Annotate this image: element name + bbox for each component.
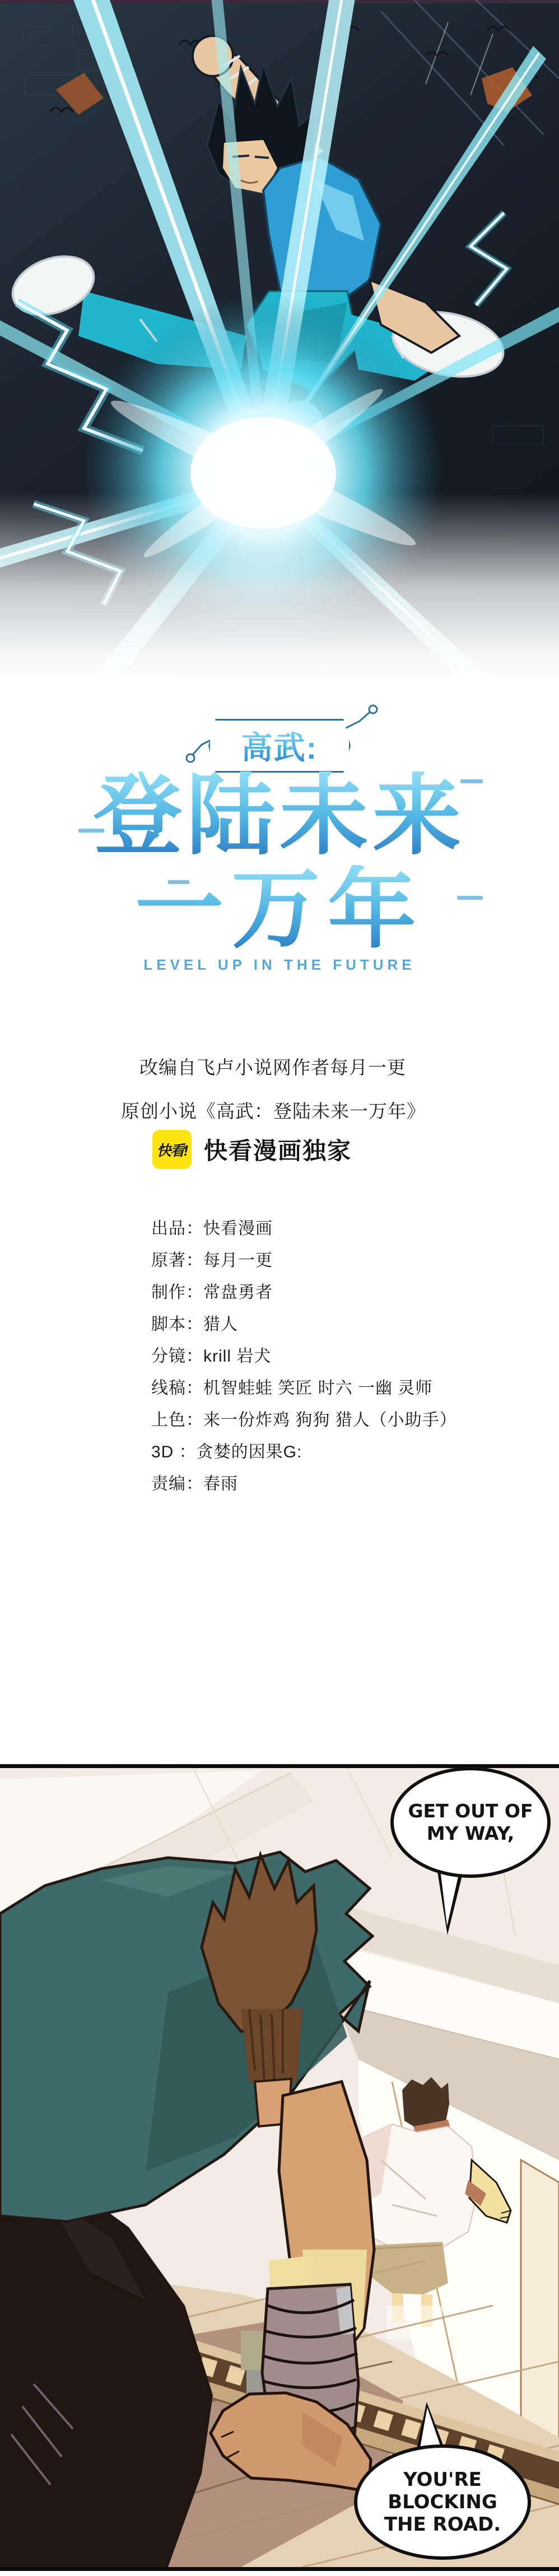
- credit-line: 脚本：猎人: [151, 1308, 457, 1340]
- credit-line: 上色：来一份炸鸡 狗狗 猎人（小助手）: [151, 1404, 457, 1436]
- bubble-text-line: BLOCKING: [388, 2491, 497, 2513]
- logo-dash-decoration: [457, 896, 483, 900]
- credit-line: 出品：快看漫画: [151, 1213, 457, 1245]
- exclusive-label: 快看漫画独家: [204, 1133, 352, 1166]
- logo-badge-text: 高武:: [241, 723, 318, 768]
- logo-title-line2: 一万年: [0, 865, 559, 953]
- credit-line: 原著：每月一更: [151, 1245, 457, 1277]
- logo-badge: 高武:: [208, 719, 351, 773]
- publisher-row: 快看! 快看漫画独家: [152, 1130, 352, 1169]
- bubble-text-line: GET OUT OF: [408, 1800, 533, 1822]
- credit-line: 3D ：贪婪的因果G:: [151, 1436, 457, 1468]
- bubble-text-line: YOU'RE: [403, 2469, 482, 2491]
- comic-page: 高武: 登陆未来 一万年 LEVEL UP IN THE FUTURE 改编自飞…: [0, 0, 559, 2576]
- credits-list: 出品：快看漫画 原著：每月一更 制作：常盘勇者 脚本：猎人 分镜：krill 岩…: [151, 1213, 457, 1500]
- bubble-text-line: THE ROAD.: [384, 2513, 501, 2536]
- credit-line: 制作：常盘勇者: [151, 1277, 457, 1308]
- credit-line: 分镜：krill 岩犬: [151, 1340, 457, 1372]
- speech-bubble-blocking-road: YOU'RE BLOCKING THE ROAD.: [354, 2444, 531, 2560]
- bubble-text-line: MY WAY,: [427, 1822, 515, 1845]
- logo-subtitle: LEVEL UP IN THE FUTURE: [0, 956, 559, 974]
- speech-bubble-get-out: GET OUT OF MY WAY,: [390, 1767, 551, 1878]
- original-novel-note: 原创小说《高武：登陆未来一万年》: [121, 1097, 426, 1123]
- adaptation-note: 改编自飞卢小说网作者每月一更: [139, 1053, 406, 1079]
- kuaikan-logo: 快看!: [152, 1130, 192, 1169]
- kuaikan-logo-text: 快看!: [157, 1139, 188, 1160]
- logo-dash-decoration: [460, 779, 483, 783]
- hero-art-panel: [0, 0, 559, 703]
- logo-title-line1: 登陆未来: [0, 772, 559, 860]
- hero-art: [0, 0, 559, 703]
- logo-dash-decoration: [168, 880, 189, 884]
- panel-scene: [0, 1768, 559, 2567]
- credit-line: 责编：春雨: [151, 1468, 457, 1500]
- credit-line: 线稿：机智蛙蛙 笑匠 时六 一幽 灵师: [151, 1372, 457, 1404]
- logo-dash-decoration: [78, 829, 104, 833]
